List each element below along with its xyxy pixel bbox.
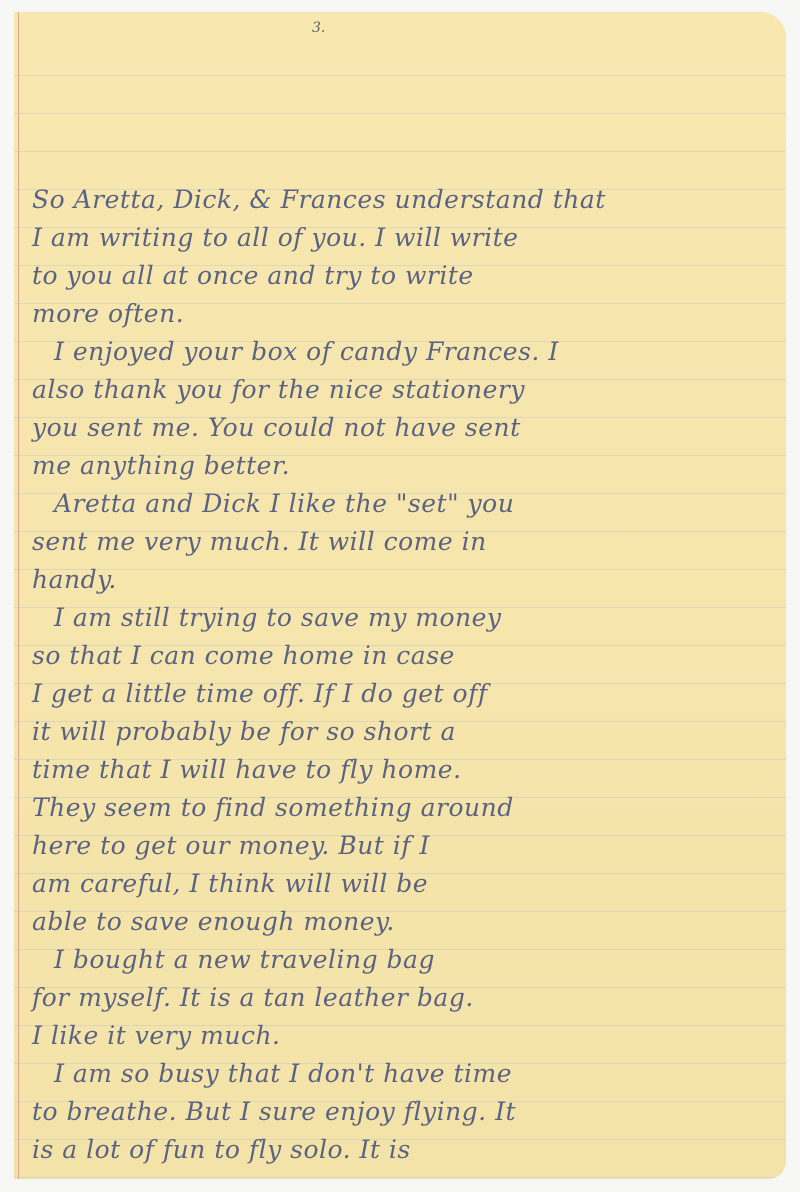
text-line: I like it very much. <box>32 1018 762 1054</box>
text-line: am careful, I think will will be <box>32 866 762 902</box>
text-line: I am so busy that I don't have time <box>32 1056 762 1092</box>
text-line: I bought a new traveling bag <box>32 942 762 978</box>
ruled-line <box>14 151 786 152</box>
text-line: I enjoyed your box of candy Frances. I <box>32 334 762 370</box>
text-line: to you all at once and try to write <box>32 258 762 294</box>
text-line: Aretta and Dick I like the "set" you <box>32 486 762 522</box>
text-line: more often. <box>32 296 762 332</box>
ruled-line <box>14 1177 786 1178</box>
text-line: I am still trying to save my money <box>32 600 762 636</box>
text-line: me anything better. <box>32 448 762 484</box>
text-line: here to get our money. But if I <box>32 828 762 864</box>
text-line: I get a little time off. If I do get off <box>32 676 762 712</box>
text-line: also thank you for the nice stationery <box>32 372 762 408</box>
text-line: They seem to find something around <box>32 790 762 826</box>
page-number: 3. <box>312 20 325 36</box>
text-line: so that I can come home in case <box>32 638 762 674</box>
text-line: able to save enough money. <box>32 904 762 940</box>
text-line: I am writing to all of you. I will write <box>32 220 762 256</box>
text-line: handy. <box>32 562 762 598</box>
ruled-line <box>14 113 786 114</box>
text-line: to breathe. But I sure enjoy flying. It <box>32 1094 762 1130</box>
text-line: So Aretta, Dick, & Frances understand th… <box>32 182 762 218</box>
text-line: you sent me. You could not have sent <box>32 410 762 446</box>
text-line: for myself. It is a tan leather bag. <box>32 980 762 1016</box>
margin-line <box>18 12 19 1179</box>
ruled-line <box>14 75 786 76</box>
text-line: is a lot of fun to fly solo. It is <box>32 1132 762 1168</box>
text-line: time that I will have to fly home. <box>32 752 762 788</box>
text-line: sent me very much. It will come in <box>32 524 762 560</box>
letter-page: 3. So Aretta, Dick, & Frances understand… <box>14 12 786 1179</box>
text-line: it will probably be for so short a <box>32 714 762 750</box>
